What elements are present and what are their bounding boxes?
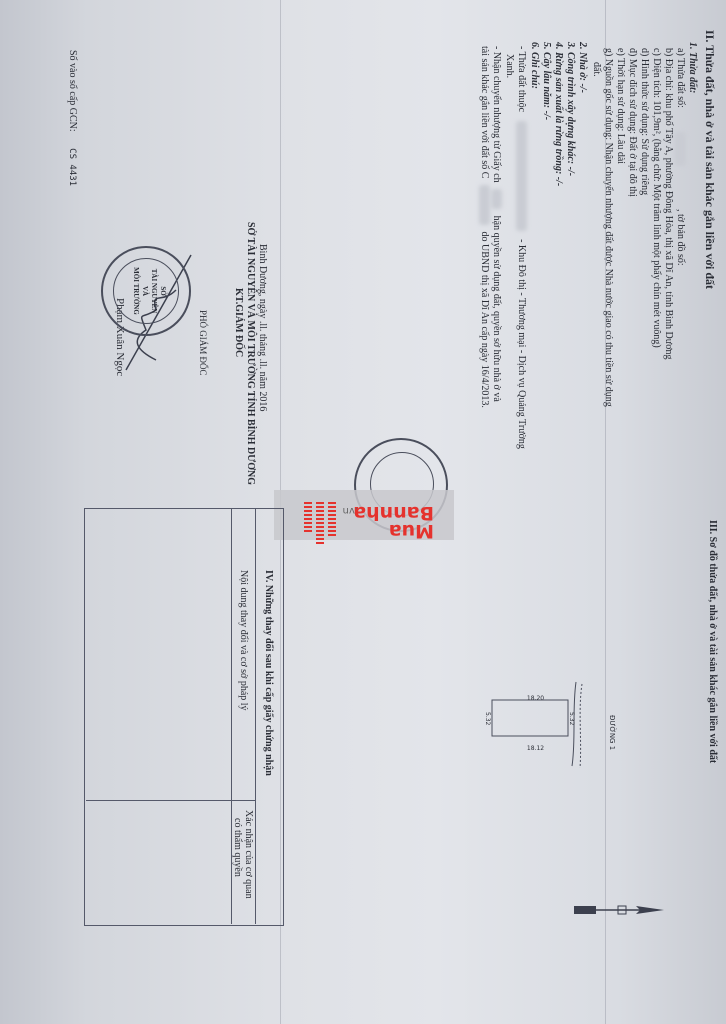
- table-header-changes: Nội dung thay đổi và cơ sở pháp lý: [237, 570, 249, 711]
- watermark-bars: [328, 500, 336, 536]
- notes-heading: 6. Ghi chú:: [528, 42, 540, 89]
- note-2-end: hận quyền sử dụng đất, quyền sở hữu nhà …: [491, 216, 502, 402]
- usage-origin: g) Nguồn gốc sử dụng: Nhận chuyển nhượng…: [602, 48, 614, 407]
- address: b) Địa chỉ: khu phố Tây A, phường Đông H…: [662, 48, 674, 360]
- document-photo: II. Thửa đất, nhà ở và tài sản khác gắn …: [0, 0, 726, 1024]
- usage-term: e) Thời hạn sử dụng: Lâu dài: [614, 48, 626, 164]
- usage-form: d) Hình thức sử dụng: Sử dụng riêng: [638, 48, 650, 195]
- section-3-heading: III. Sơ đồ thửa đất, nhà ở và tài sản kh…: [706, 520, 718, 763]
- note-2-start: - Nhận chuyển nhượng từ Giấy ch: [491, 46, 502, 183]
- redacted-field: [516, 121, 527, 231]
- area: c) Diện tích: 101,9m², (bằng chữ: Một tr…: [650, 48, 662, 348]
- watermark-bars: [316, 500, 324, 544]
- stamp-line: MÔI TRƯỜNG: [131, 248, 140, 334]
- redacted-field: [675, 132, 686, 166]
- changes-table: [84, 508, 284, 926]
- signer-role: KT.GIÁM ĐỐC: [232, 288, 244, 357]
- parcel-number-label: a) Thửa đất số:: [675, 48, 686, 108]
- forest-item: 4. Rừng sản xuất là rừng trồng: -/-: [552, 42, 564, 186]
- table-header-confirmation: Xác nhận của cơ quan: [242, 810, 254, 899]
- stamp-line: SỞ: [158, 248, 167, 334]
- registry-number: Số vào sổ cấp GCN: CS 4431: [66, 50, 78, 186]
- watermark-bars: [304, 500, 312, 532]
- table-divider: [255, 508, 256, 924]
- land-heading: 1. Thửa đất:: [686, 42, 698, 93]
- note-1-end: - Khu Đô thị - Thương mại - Dịch vụ Quản…: [516, 239, 527, 449]
- deputy-title: PHÓ GIÁM ĐỐC: [198, 310, 208, 376]
- table-header-confirmation-2: có thẩm quyền: [231, 818, 243, 877]
- map-sheet-label: , tờ bản đồ số:: [675, 209, 686, 266]
- watermark-logo: Mua Bannha .vn: [274, 490, 454, 540]
- stamp-line: TÀI NGUYÊN: [149, 248, 158, 334]
- table-divider: [86, 800, 256, 801]
- dim-left: 5.32: [484, 712, 491, 725]
- house-item: 2. Nhà ở: -/-: [576, 42, 588, 93]
- note-2-cont-end: do UBND thị xã Dĩ An cấp ngày 16/4/2013.: [479, 231, 490, 407]
- redacted-field: [491, 189, 502, 209]
- road-label: ĐƯỜNG 1: [608, 715, 616, 750]
- issuing-agency: SỞ TÀI NGUYÊN VÀ MÔI TRƯỜNG TỈNH BÌNH DƯ…: [244, 222, 256, 485]
- certificate-page: II. Thửa đất, nhà ở và tài sản khác gắn …: [0, 0, 726, 1024]
- dim-top: 18.12: [527, 745, 544, 752]
- section-4-heading: IV. Những thay đổi sau khi cấp giấy chứn…: [262, 570, 274, 776]
- watermark-line2: Bannha: [353, 502, 434, 524]
- note-1: - Thửa đất thuộc - Khu Đô thị - Thương m…: [515, 46, 527, 449]
- redacted-field: [479, 185, 490, 225]
- note-2-cont: tài sản khác gắn liền với đất số C do UB…: [478, 46, 490, 408]
- north-arrow-icon: [566, 880, 666, 940]
- section-2-heading: II. Thửa đất, nhà ở và tài sản khác gắn …: [703, 30, 716, 289]
- perennial-item: 5. Cây lâu năm: -/-: [540, 42, 552, 120]
- usage-origin-cont: đất.: [590, 62, 602, 77]
- note-2: - Nhận chuyển nhượng từ Giấy ch hận quyề…: [490, 46, 502, 402]
- dim-bottom: 18.20: [527, 695, 544, 702]
- place-date: Bình Dương, ngày .ll. tháng .ll. năm 201…: [256, 244, 268, 411]
- note-1-start: - Thửa đất thuộc: [516, 46, 527, 112]
- construction-item: 3. Công trình xây dựng khác: -/-: [564, 42, 576, 176]
- stamp-text: SỞ TÀI NGUYÊN VÀ MÔI TRƯỜNG: [131, 248, 167, 334]
- note-1-cont: Xanh.: [503, 54, 515, 78]
- stamp-line: VÀ: [140, 248, 149, 334]
- official-stamp: SỞ TÀI NGUYÊN VÀ MÔI TRƯỜNG: [101, 246, 191, 336]
- watermark-suffix: .vn: [343, 505, 358, 516]
- note-2-cont-start: tài sản khác gắn liền với đất số C: [479, 46, 490, 178]
- parcel-number: a) Thửa đất số: , tờ bản đồ số:: [674, 48, 686, 266]
- dim-right: 5.32: [568, 712, 575, 725]
- registry-label: Số vào sổ cấp GCN:: [67, 50, 78, 132]
- registry-value: CS 4431: [67, 148, 77, 186]
- usage-purpose: đ) Mục đích sử dụng: Đất ở tại đô thị: [626, 48, 638, 197]
